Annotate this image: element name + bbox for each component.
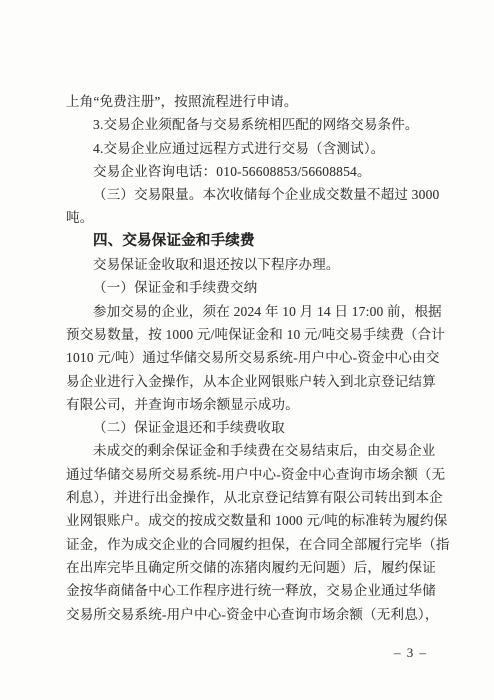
- text-line: （三）交易限量。本次收储每个企业成交数量不超过 3000: [66, 183, 440, 206]
- text-line: 3.交易企业须配备与交易系统相匹配的网络交易条件。: [66, 113, 440, 136]
- text-line: 交易保证金收取和退还按以下程序办理。: [66, 253, 440, 276]
- text-line: 参加交易的企业，须在 2024 年 10 月 14 日 17:00 前，根据: [66, 300, 440, 323]
- text-line: 证金，作为成交企业的合同履约担保，在合同全部履行完毕（指: [66, 533, 440, 556]
- text-line: 易企业进行入金操作，从本企业网银账户转入到北京登记结算: [66, 370, 440, 393]
- text-line: 未成交的剩余保证金和手续费在交易结束后，由交易企业: [66, 439, 440, 462]
- document-body: 上角“免费注册”，按照流程进行申请。3.交易企业须配备与交易系统相匹配的网络交易…: [66, 90, 440, 626]
- text-line: 交易企业咨询电话：010-56608853/56608854。: [66, 160, 440, 183]
- text-line: 1010 元/吨）通过华储交易所交易系统-用户中心-资金中心由交: [66, 346, 440, 369]
- scanned-document-page: 上角“免费注册”，按照流程进行申请。3.交易企业须配备与交易系统相匹配的网络交易…: [0, 0, 494, 700]
- text-line: 通过华储交易所交易系统-用户中心-资金中心查询市场余额（无: [66, 463, 440, 486]
- text-line: （二）保证金退还和手续费收取: [66, 416, 440, 439]
- section-heading: 四、交易保证金和手续费: [66, 230, 440, 253]
- text-line: （一）保证金和手续费交纳: [66, 276, 440, 299]
- text-line: 在出库完毕且确定所交储的冻猪肉履约无问题）后，履约保证: [66, 556, 440, 579]
- text-line: 吨。: [66, 206, 440, 229]
- page-number: – 3 –: [394, 645, 428, 661]
- text-line: 金按华商储备中心工作程序进行统一释放，交易企业通过华储: [66, 579, 440, 602]
- text-line: 4.交易企业应通过远程方式进行交易（含测试）。: [66, 137, 440, 160]
- text-line: 利息），并进行出金操作，从北京登记结算有限公司转出到本企: [66, 486, 440, 509]
- text-line: 交易所交易系统-用户中心-资金中心查询市场余额（无利息），: [66, 603, 440, 626]
- text-line: 预交易数量，按 1000 元/吨保证金和 10 元/吨交易手续费（合计: [66, 323, 440, 346]
- text-line: 有限公司，并查询市场余额显示成功。: [66, 393, 440, 416]
- text-line: 业网银账户。成交的按成交数量和 1000 元/吨的标准转为履约保: [66, 509, 440, 532]
- text-line: 上角“免费注册”，按照流程进行申请。: [66, 90, 440, 113]
